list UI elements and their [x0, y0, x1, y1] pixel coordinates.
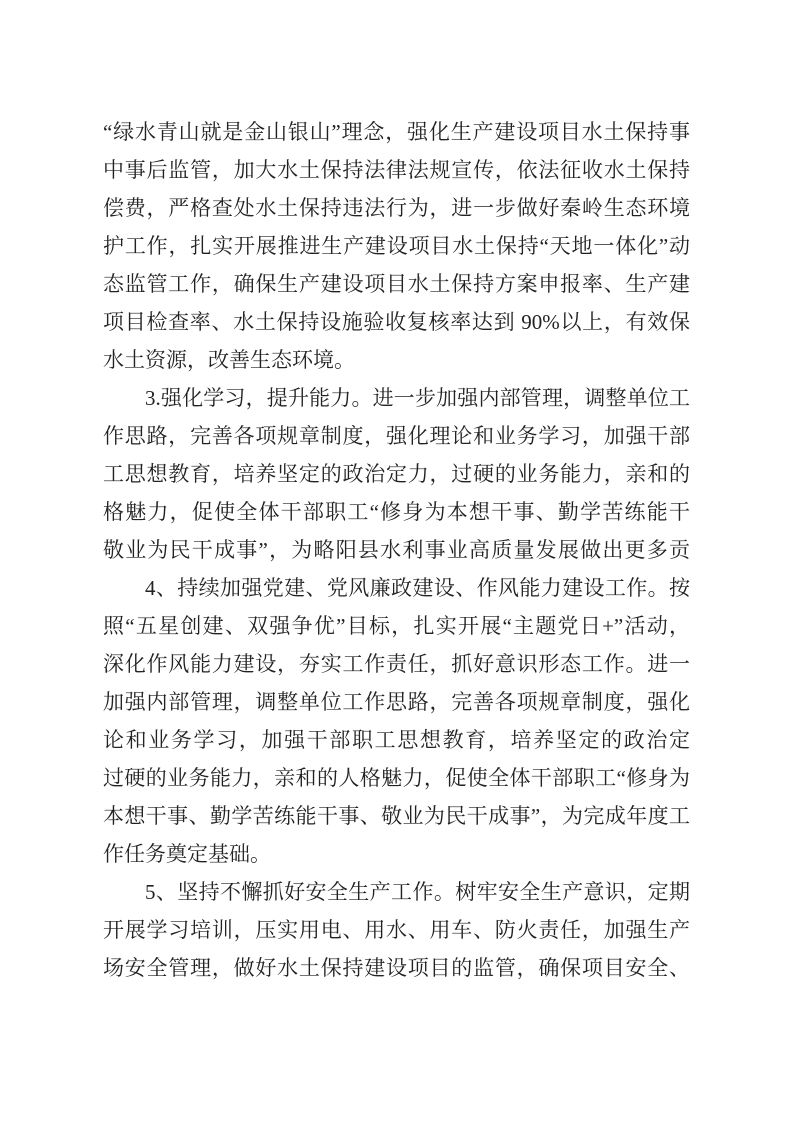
text-line: 4、持续加强党建、党风廉政建设、作风能力建设工作。按 [103, 569, 690, 607]
text-line: 照“五星创建、双强争优”目标，扎实开展“主题党日+”活动， [103, 607, 690, 645]
text-line: 格魅力，促使全体干部职工“修身为本想干事、勤学苦练能干事、 [103, 493, 690, 531]
text-line: “绿水青山就是金山银山”理念，强化生产建设项目水土保持事 [103, 113, 690, 151]
text-line: 护工作，扎实开展推进生产建设项目水土保持“天地一体化”动 [103, 227, 690, 265]
text-line: 作思路，完善各项规章制度，强化理论和业务学习，加强干部职 [103, 417, 690, 455]
text-line: 过硬的业务能力，亲和的人格魅力，促使全体干部职工“修身为 [103, 759, 690, 797]
text-line: 场安全管理，做好水土保持建设项目的监管，确保项目安全、人 [103, 949, 690, 987]
text-line: 开展学习培训，压实用电、用水、用车、防火责任，加强生产现 [103, 911, 690, 949]
text-line: 本想干事、勤学苦练能干事、敬业为民干成事”，为完成年度工 [103, 797, 690, 835]
text-line: 加强内部管理，调整单位工作思路，完善各项规章制度，强化理 [103, 683, 690, 721]
text-line: 敬业为民干成事”，为略阳县水利事业高质量发展做出更多贡献。 [103, 531, 690, 569]
text-line: 作任务奠定基础。 [103, 835, 690, 873]
text-line: 水土资源，改善生态环境。 [103, 341, 690, 379]
text-line: 3.强化学习，提升能力。进一步加强内部管理，调整单位工 [103, 379, 690, 417]
text-line: 论和业务学习，加强干部职工思想教育，培养坚定的政治定力， [103, 721, 690, 759]
text-line: 中事后监管，加大水土保持法律法规宣传，依法征收水土保持补 [103, 151, 690, 189]
text-line: 项目检查率、水土保持设施验收复核率达到 90%以上，有效保护 [103, 303, 690, 341]
text-line: 深化作风能力建设，夯实工作责任，抓好意识形态工作。进一步 [103, 645, 690, 683]
text-line: 态监管工作，确保生产建设项目水土保持方案申报率、生产建设 [103, 265, 690, 303]
document-page: “绿水青山就是金山银山”理念，强化生产建设项目水土保持事 中事后监管，加大水土保… [0, 0, 793, 1122]
text-line: 工思想教育，培养坚定的政治定力，过硬的业务能力，亲和的人 [103, 455, 690, 493]
document-body: “绿水青山就是金山银山”理念，强化生产建设项目水土保持事 中事后监管，加大水土保… [103, 113, 690, 987]
text-line: 5、坚持不懈抓好安全生产工作。树牢安全生产意识，定期 [103, 873, 690, 911]
text-line: 偿费，严格查处水土保持违法行为，进一步做好秦岭生态环境保 [103, 189, 690, 227]
